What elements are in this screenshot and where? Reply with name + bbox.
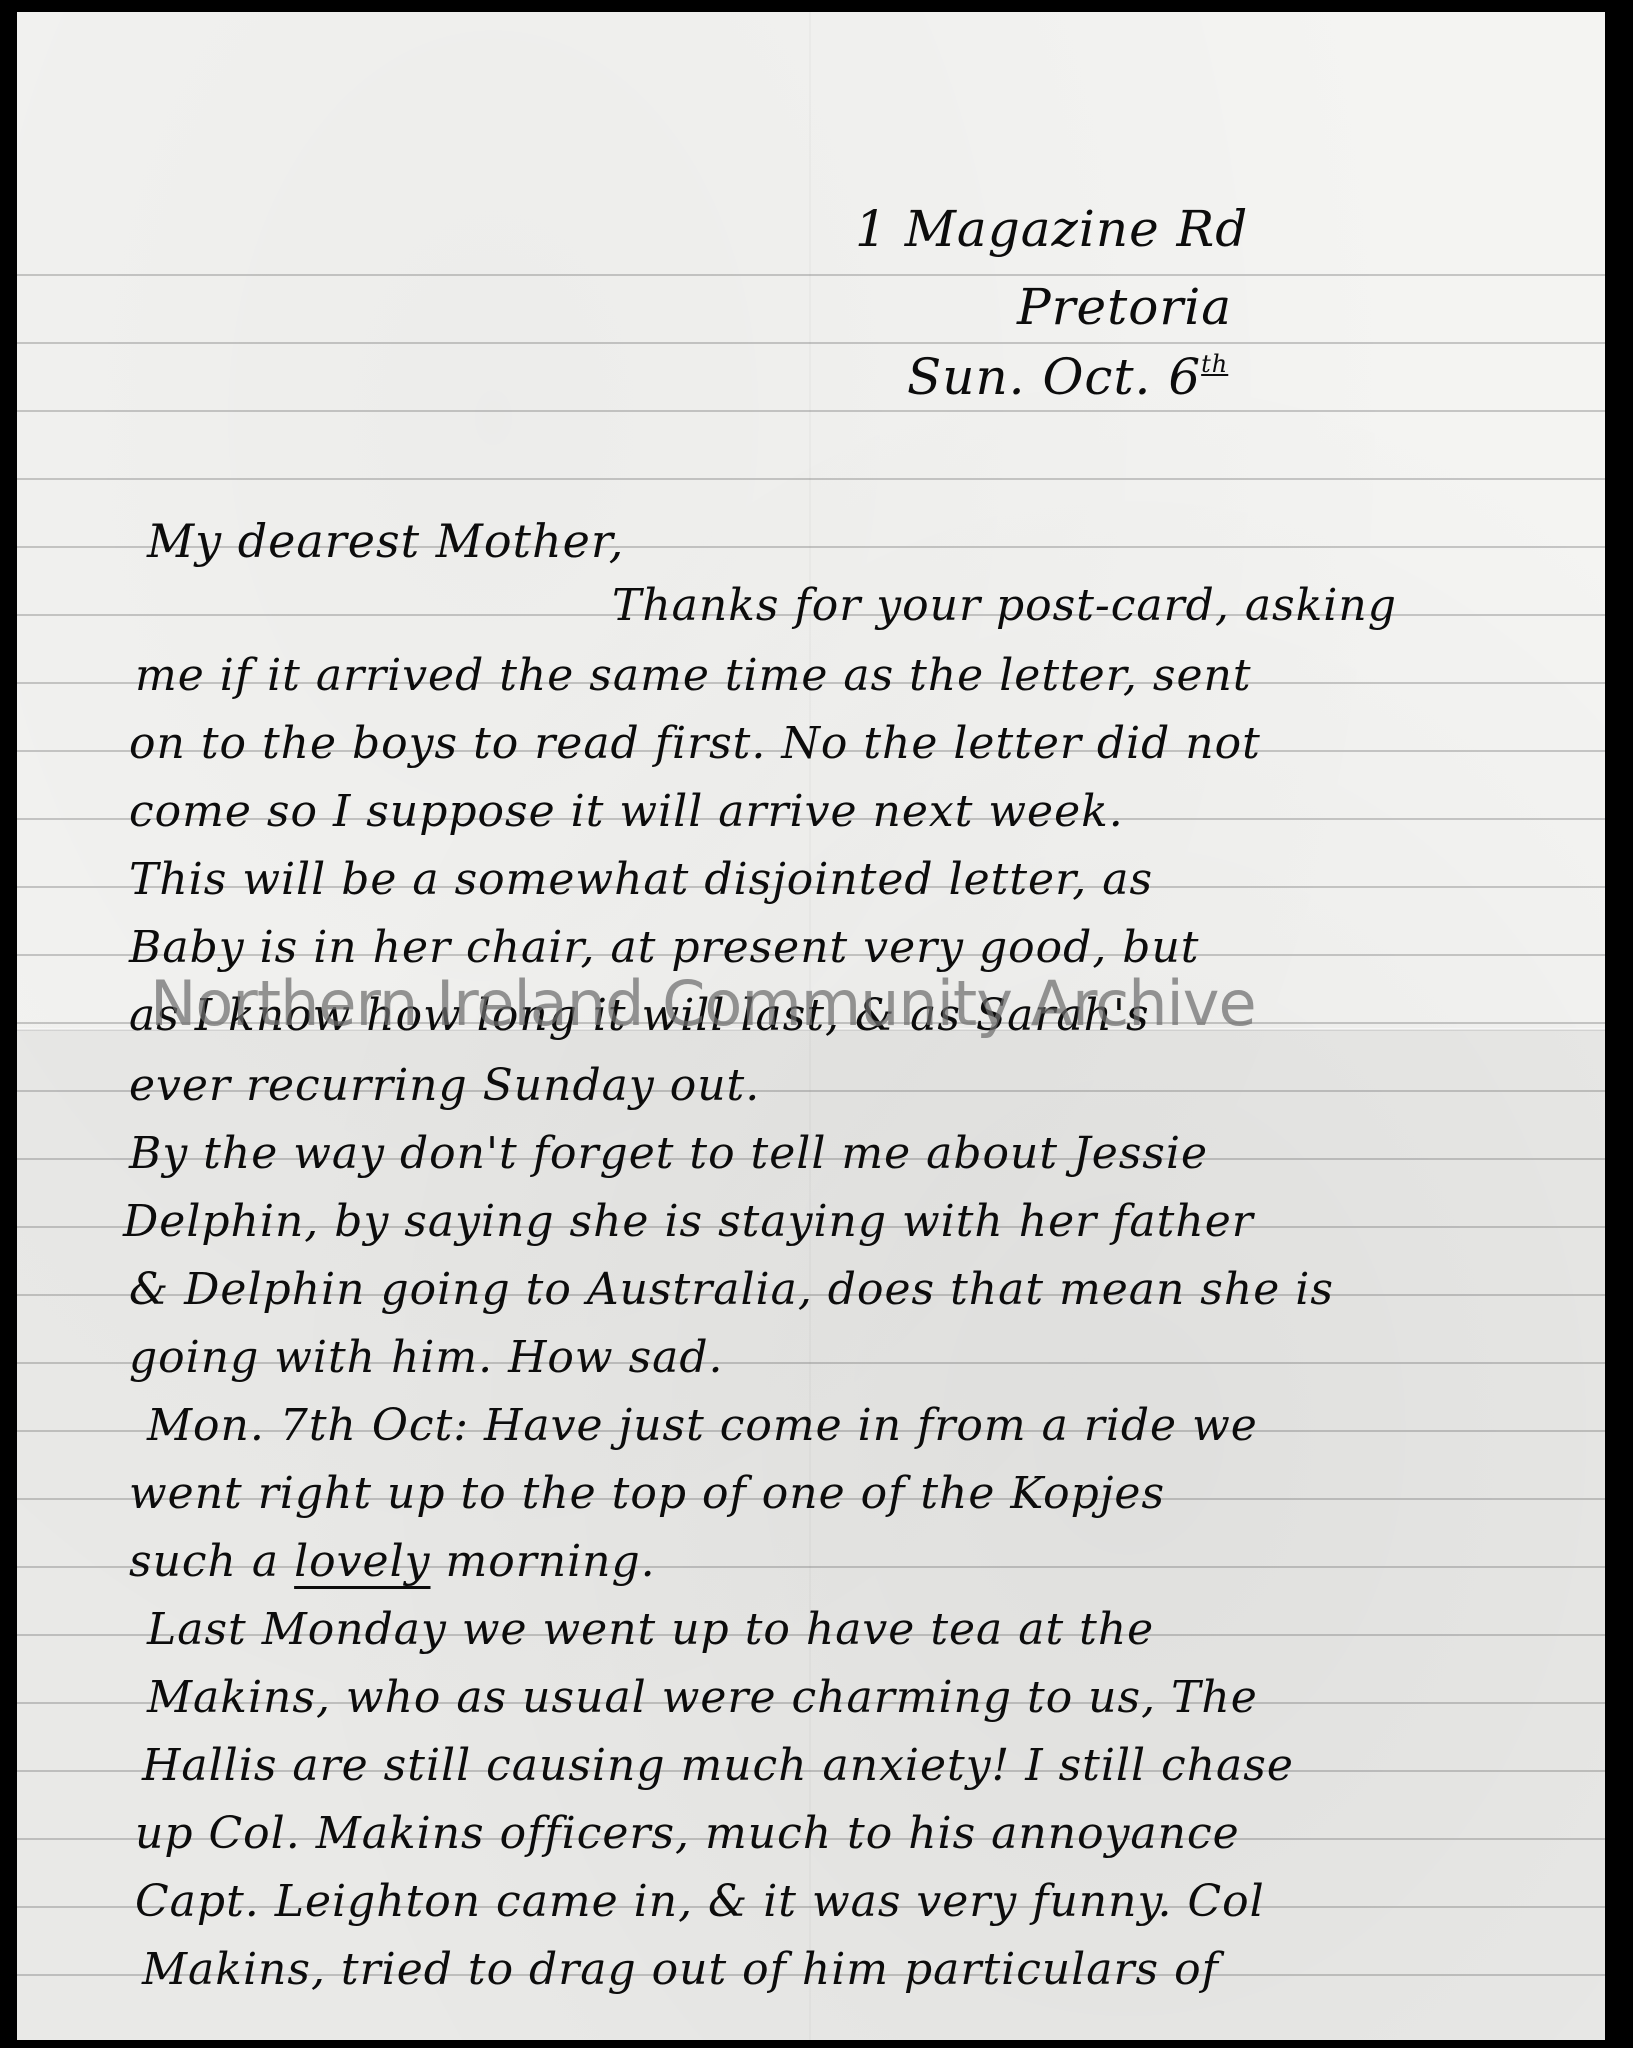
body-line-5: This will be a somewhat disjointed lette…	[129, 858, 1153, 902]
body-line-19: up Col. Makins officers, much to his ann…	[135, 1812, 1240, 1856]
body-line-15-text: such a lovely morning.	[129, 1536, 656, 1587]
date-text: Sun. Oct. 6	[907, 348, 1201, 406]
ruled-line	[17, 342, 1605, 344]
letter-date: Sun. Oct. 6th	[907, 352, 1228, 402]
body-line-16: Last Monday we went up to have tea at th…	[147, 1608, 1154, 1652]
body-line-2: me if it arrived the same time as the le…	[135, 654, 1252, 698]
body-line-13: Mon. 7th Oct: Have just come in from a r…	[147, 1404, 1258, 1448]
ruled-line	[17, 478, 1605, 480]
body-line-17: Makins, who as usual were charming to us…	[147, 1676, 1258, 1720]
body-line-11: & Delphin going to Australia, does that …	[129, 1268, 1334, 1312]
body-line-20: Capt. Leighton came in, & it was very fu…	[135, 1880, 1265, 1924]
body-line-4: come so I suppose it will arrive next we…	[129, 790, 1124, 834]
body-line-18: Hallis are still causing much anxiety! I…	[142, 1744, 1294, 1788]
body-line-15: such a lovely morning.	[129, 1540, 656, 1584]
ruled-line	[17, 410, 1605, 412]
body-line-12: going with him. How sad.	[129, 1336, 724, 1380]
letter-page: 1 Magazine Rd Pretoria Sun. Oct. 6th My …	[17, 12, 1605, 2040]
underlined-word: lovely	[294, 1536, 430, 1587]
body-line-3: on to the boys to read first. No the let…	[129, 722, 1261, 766]
body-line-6: Baby is in her chair, at present very go…	[129, 926, 1199, 970]
salutation: My dearest Mother,	[147, 518, 624, 564]
body-line-8: ever recurring Sunday out.	[129, 1064, 760, 1108]
ruled-line	[17, 274, 1605, 276]
body-line-1: Thanks for your post-card, asking	[612, 584, 1397, 628]
body-line-14: went right up to the top of one of the K…	[129, 1472, 1165, 1516]
body-line-10: Delphin, by saying she is staying with h…	[123, 1200, 1254, 1244]
body-line-7: as I know how long it will last, & as Sa…	[129, 994, 1150, 1038]
date-ordinal: th	[1201, 350, 1228, 378]
body-line-9: By the way don't forget to tell me about…	[129, 1132, 1208, 1176]
body-line-21: Makins, tried to drag out of him particu…	[142, 1948, 1219, 1992]
address-city: Pretoria	[1017, 282, 1232, 332]
address-street: 1 Magazine Rd	[855, 204, 1248, 254]
